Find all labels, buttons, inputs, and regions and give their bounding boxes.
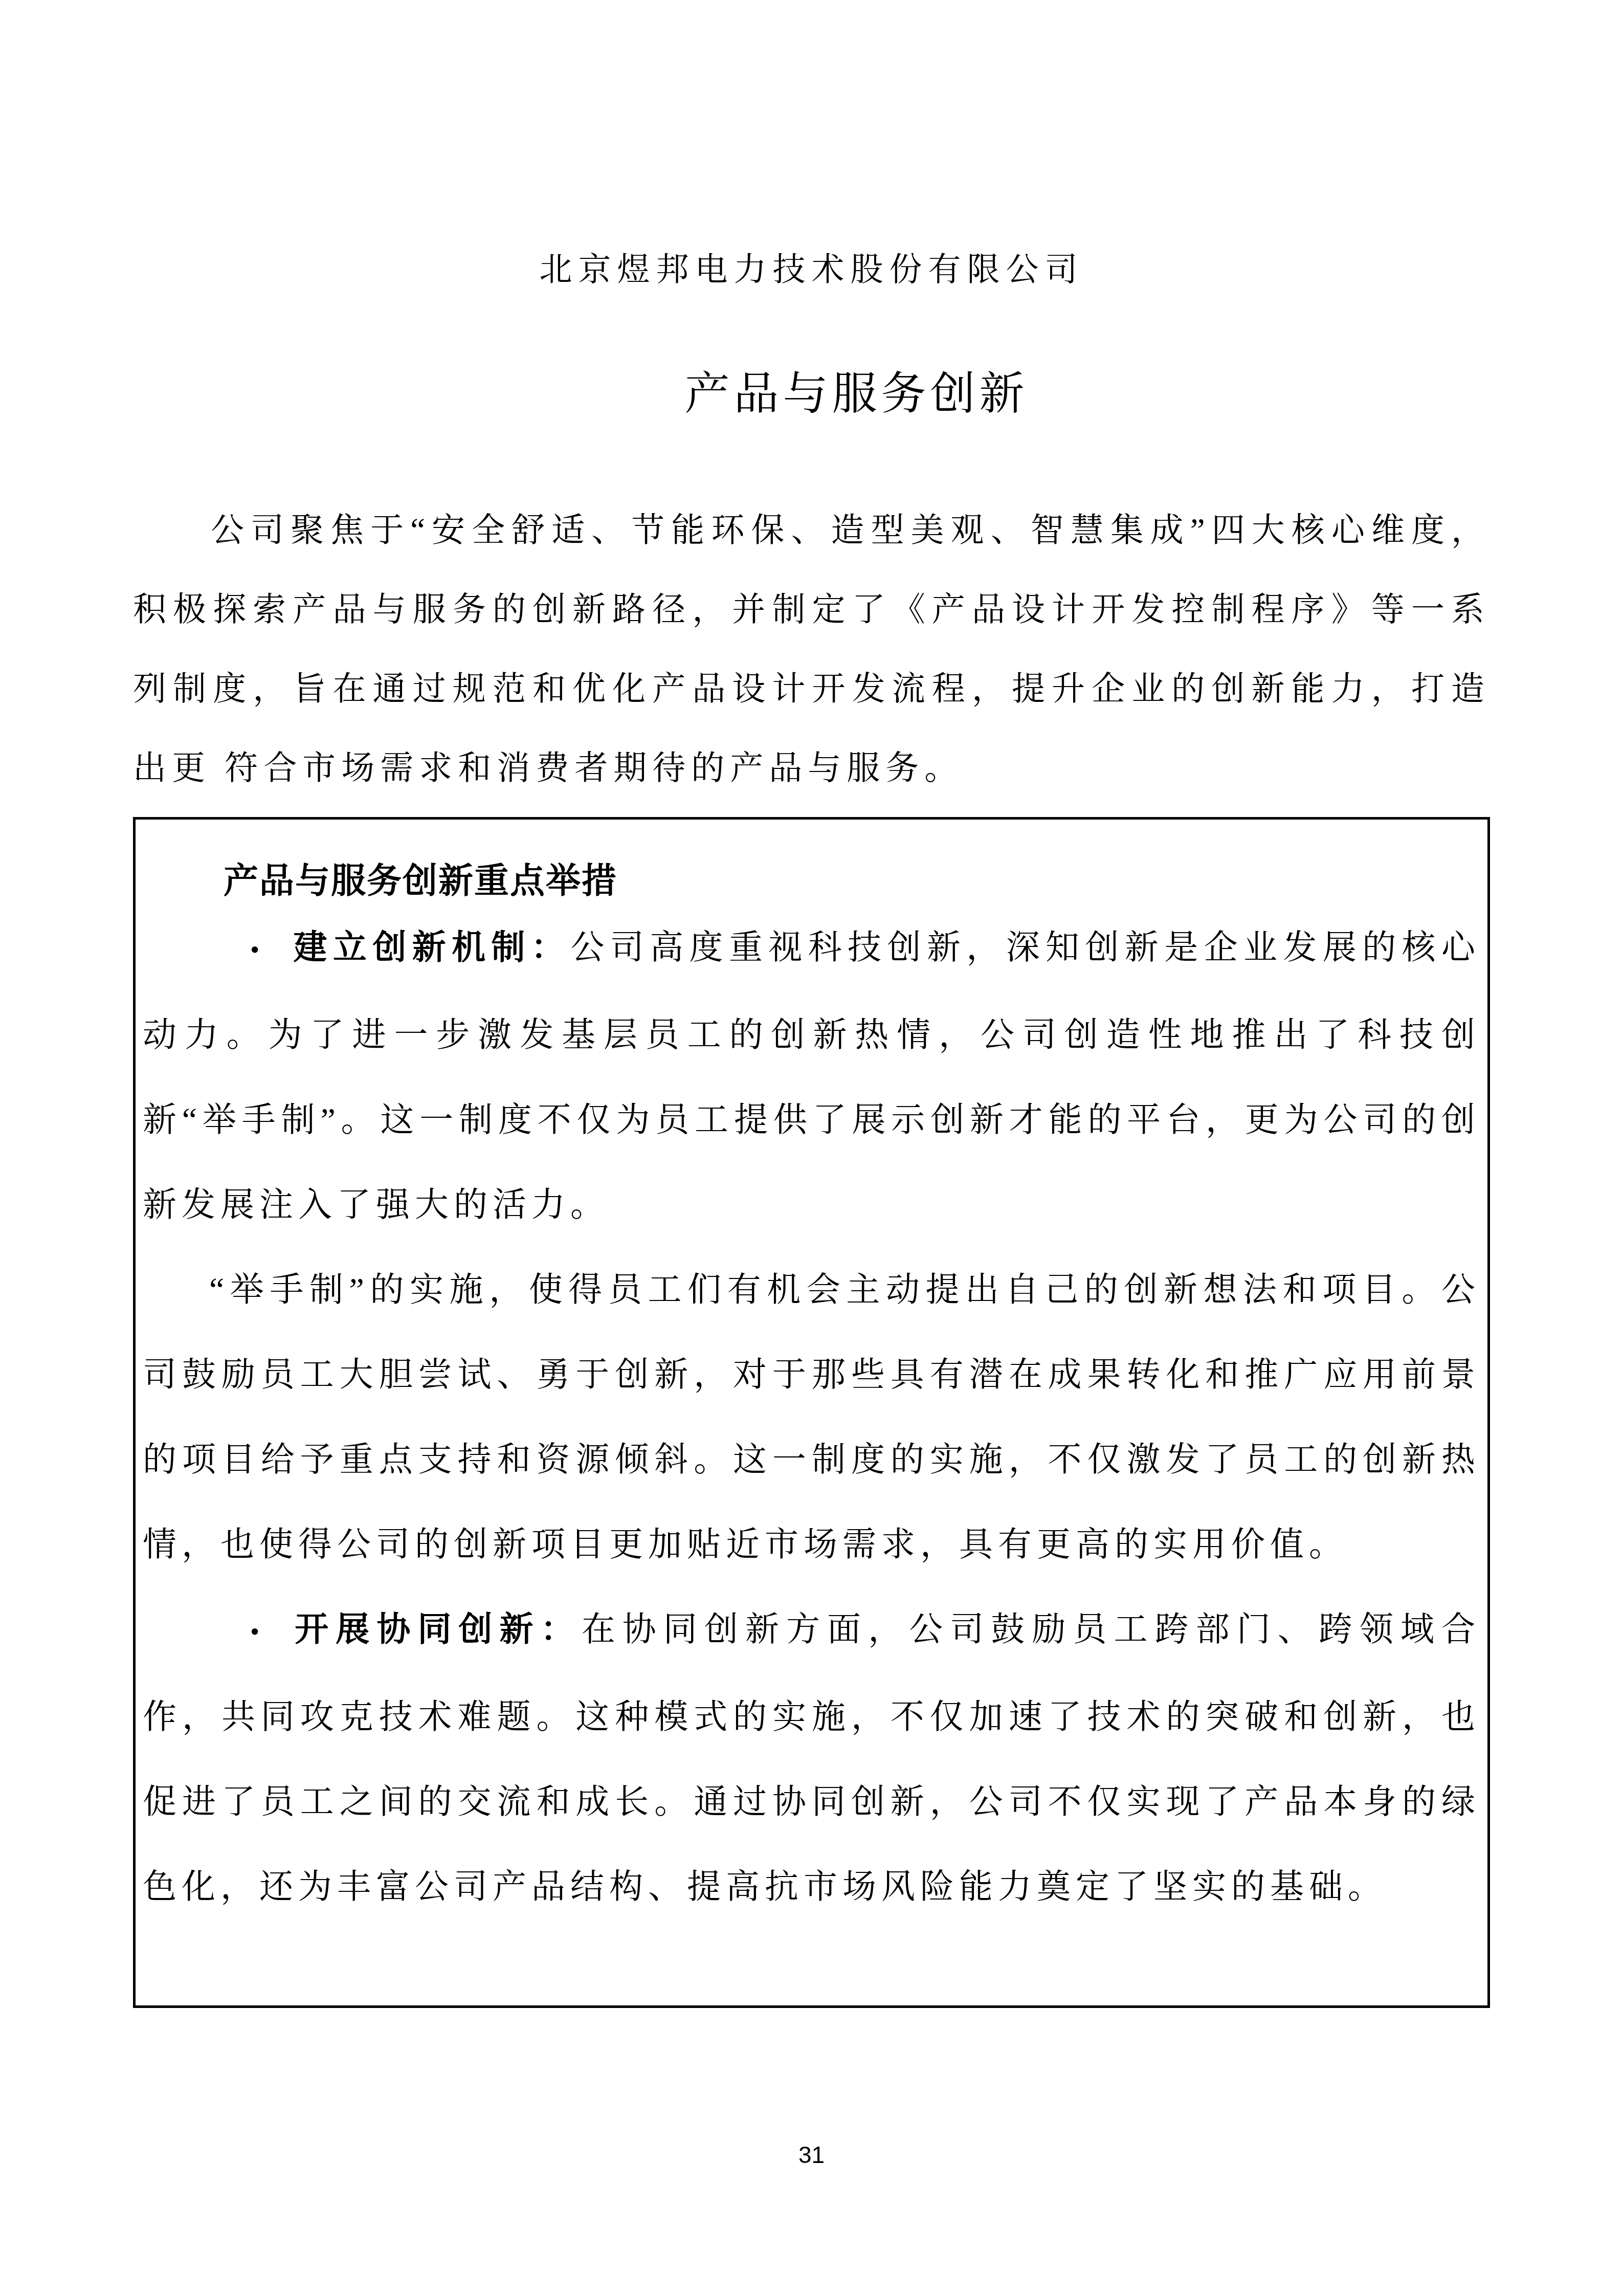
company-name: 北京煜邦电力技术股份有限公司 [0,252,1623,288]
page-title: 产品与服务创新 [133,369,1490,420]
bullet-2-lead: 开展协同创新： [293,1611,582,1648]
document-page: 北京煜邦电力技术股份有限公司 产品与服务创新 公司聚焦于“安全舒适、节能环保、造… [0,0,1623,2296]
bullet-1-lead: 建立创新机制： [293,929,570,966]
bullet-1-text: 公司高度重视科技创新，深知创新是企业发展的核心动力。为了进一步激发基层员工的创新… [143,929,1480,1224]
page-number: 31 [0,2142,1623,2168]
continuation-paragraph: “举手制”的实施，使得员工们有机会主动提出自己的创新想法和项目。公司鼓励员工大胆… [143,1248,1480,1587]
bullet-item-1: •建立创新机制：公司高度重视科技创新，深知创新是企业发展的核心动力。为了进一步激… [143,906,1480,1248]
bullet-2-text: 在协同创新方面，公司鼓励员工跨部门、跨领域合作，共同攻克技术难题。这种模式的实施… [143,1611,1480,1906]
intro-paragraph: 公司聚焦于“安全舒适、节能环保、造型美观、智慧集成”四大核心维度，积极探索产品与… [133,491,1490,808]
box-heading: 产品与服务创新重点举措 [224,856,1480,906]
bullet-marker: • [250,936,264,965]
bullet-marker: • [250,1618,264,1647]
highlight-box: 产品与服务创新重点举措 •建立创新机制：公司高度重视科技创新，深知创新是企业发展… [133,817,1490,2008]
bullet-item-2: •开展协同创新：在协同创新方面，公司鼓励员工跨部门、跨领域合作，共同攻克技术难题… [143,1587,1480,1930]
